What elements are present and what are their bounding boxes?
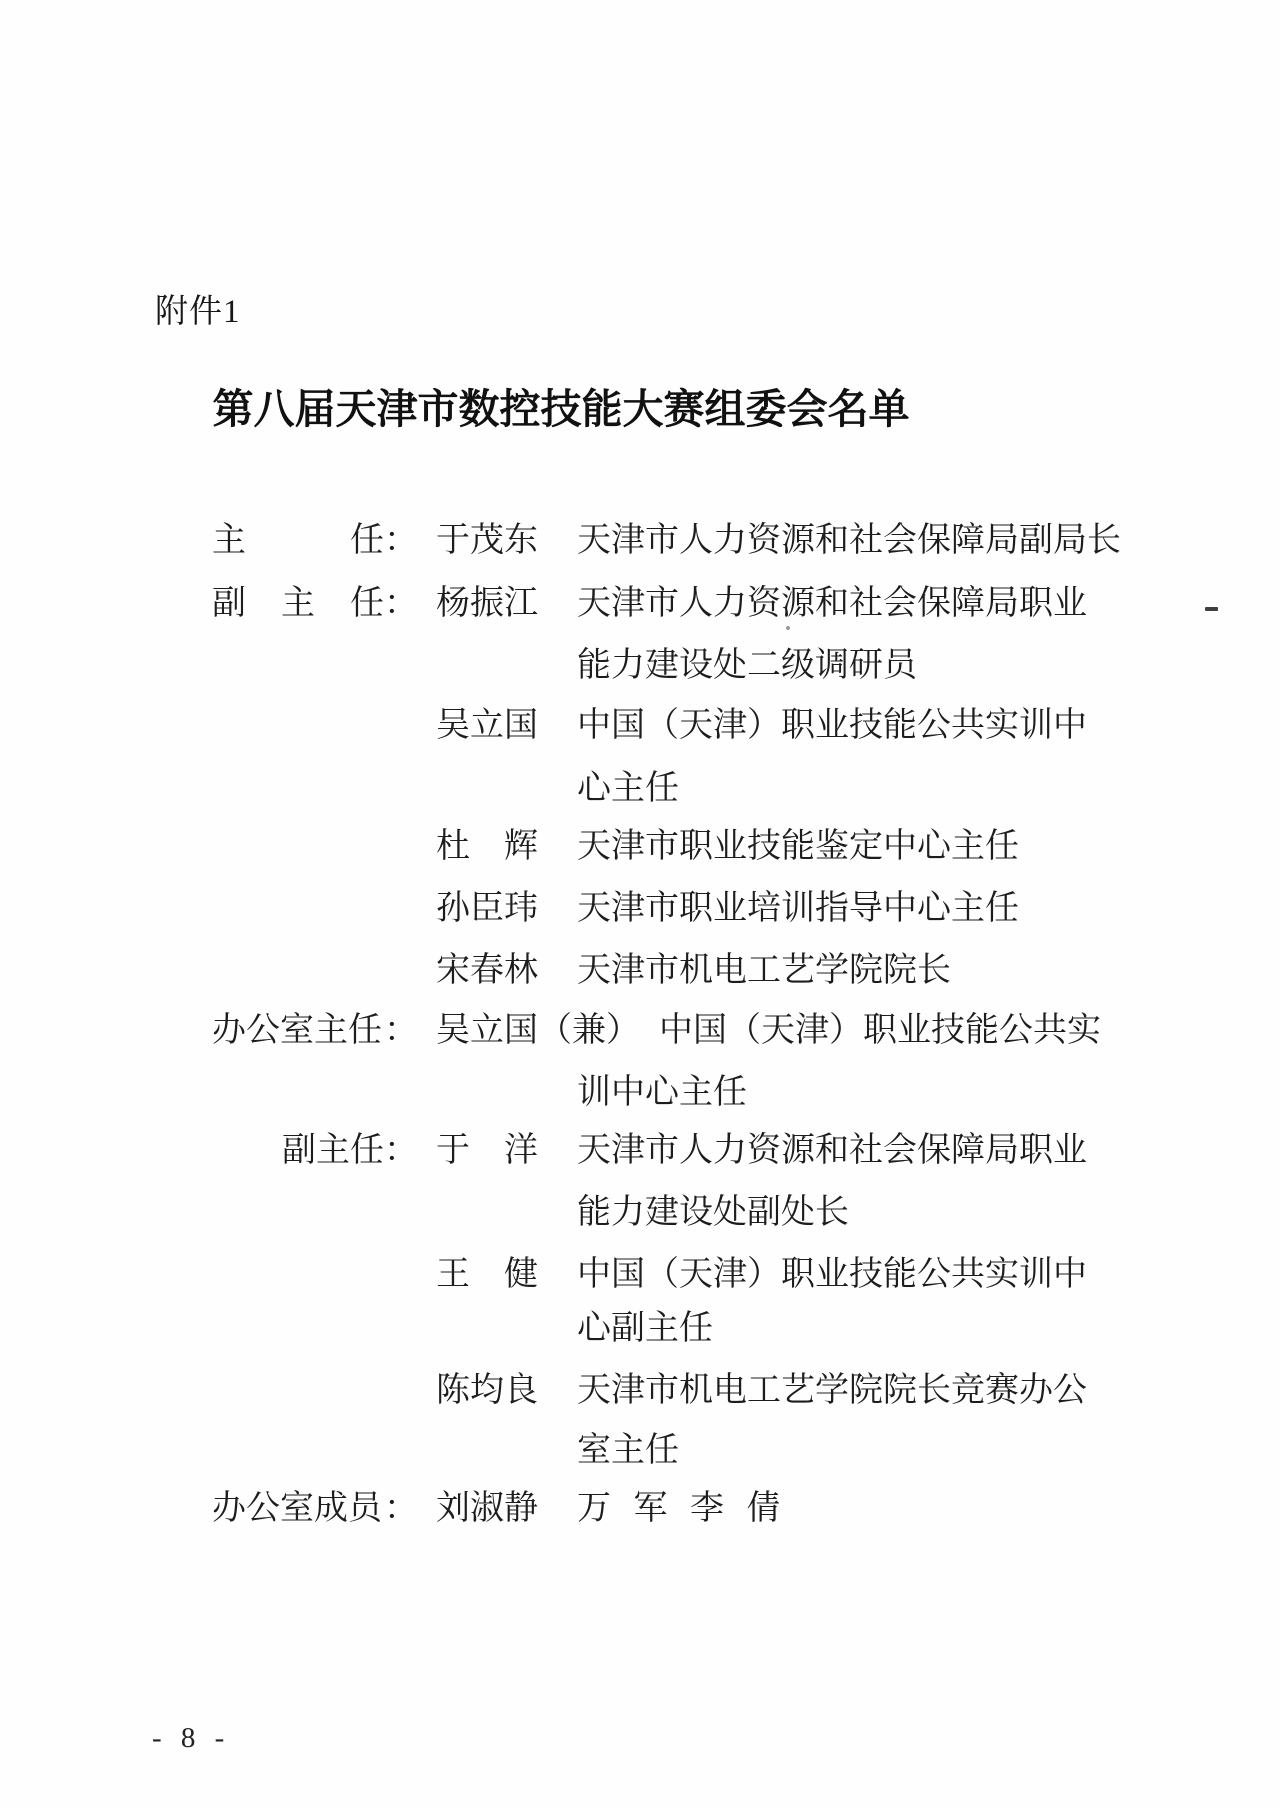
member-name: 王 健 (436, 1254, 538, 1296)
attachment-label: 附件1 (155, 294, 241, 330)
member-title: 中国（天津）职业技能公共实训中 (577, 705, 1087, 747)
row-label: 办公室主任 (212, 1010, 384, 1052)
member-title: 天津市人力资源和社会保障局职业 (577, 583, 1087, 625)
member-title-continuation: 心副主任 (577, 1308, 713, 1350)
member-name: 陈均良 (436, 1370, 538, 1412)
member-name: 吴立国 (436, 705, 538, 747)
roster-row: 杜 辉 天津市职业技能鉴定中心主任 (0, 826, 1280, 870)
member-title: 天津市机电工艺学院院长竞赛办公 (577, 1370, 1087, 1412)
roster-row: 副主任： 于 洋 天津市人力资源和社会保障局职业 (0, 1130, 1280, 1174)
member-title: 中国（天津）职业技能公共实训中 (577, 1254, 1087, 1296)
row-colon: ： (384, 1488, 418, 1530)
roster-row-continuation: 训中心主任 (0, 1072, 1280, 1116)
roster-row: 办公室主任： 吴立国（兼） 中国（天津）职业技能公共实 (0, 1010, 1280, 1054)
document-title: 第八届天津市数控技能大赛组委会名单 (190, 386, 932, 432)
member-title: 中国（天津）职业技能公共实 (659, 1010, 1101, 1052)
roster-row: 办公室成员： 刘淑静 万 军 李 倩 (0, 1488, 1280, 1532)
member-title-continuation: 训中心主任 (577, 1072, 747, 1114)
member-name: 杜 辉 (436, 826, 538, 868)
member-title-continuation: 能力建设处副处长 (577, 1192, 849, 1234)
member-title-continuation: 心主任 (577, 768, 679, 810)
row-colon: ： (384, 1010, 418, 1052)
document-page: 附件1 第八届天津市数控技能大赛组委会名单 主任： 于茂东 天津市人力资源和社会… (0, 0, 1280, 1809)
roster-row-continuation: 能力建设处副处长 (0, 1192, 1280, 1236)
member-title: 天津市机电工艺学院院长 (577, 950, 951, 992)
row-label: 副主任 (212, 583, 384, 625)
roster-row-continuation: 心副主任 (0, 1308, 1280, 1352)
roster-row: 陈均良 天津市机电工艺学院院长竞赛办公 (0, 1370, 1280, 1414)
row-label: 副主任 (212, 1130, 384, 1172)
roster-row: 宋春林 天津市机电工艺学院院长 (0, 950, 1280, 994)
page-number: - 8 - (152, 1722, 230, 1755)
member-title: 天津市职业技能鉴定中心主任 (577, 826, 1019, 868)
member-name: 于茂东 (436, 520, 538, 562)
member-title: 天津市职业培训指导中心主任 (577, 888, 1019, 930)
roster-row: 王 健 中国（天津）职业技能公共实训中 (0, 1254, 1280, 1298)
member-name: 刘淑静 (436, 1488, 538, 1530)
member-names-group: 万 军 李 倩 (577, 1488, 781, 1530)
roster-row-continuation: 室主任 (0, 1430, 1280, 1474)
member-name: 于 洋 (436, 1130, 538, 1172)
roster-row: 主任： 于茂东 天津市人力资源和社会保障局副局长 (0, 520, 1280, 564)
member-name: 杨振江 (436, 583, 538, 625)
member-name: 吴立国（兼） (436, 1010, 640, 1052)
roster-row: 孙臣玮 天津市职业培训指导中心主任 (0, 888, 1280, 932)
row-colon: ： (384, 583, 418, 625)
scan-artifact-dot (786, 626, 790, 630)
member-title: 天津市人力资源和社会保障局副局长 (577, 520, 1121, 562)
member-name: 宋春林 (436, 950, 538, 992)
roster-row-continuation: 心主任 (0, 768, 1280, 812)
member-name: 孙臣玮 (436, 888, 538, 930)
row-label: 办公室成员 (212, 1488, 384, 1530)
member-title: 天津市人力资源和社会保障局职业 (577, 1130, 1087, 1172)
row-colon: ： (384, 520, 418, 562)
row-label: 主任 (212, 520, 384, 562)
member-title-continuation: 室主任 (577, 1430, 679, 1472)
row-colon: ： (384, 1130, 418, 1172)
roster-row: 吴立国 中国（天津）职业技能公共实训中 (0, 705, 1280, 749)
scan-artifact-dash (1205, 607, 1218, 611)
member-title-continuation: 能力建设处二级调研员 (577, 645, 917, 687)
roster-row-continuation: 能力建设处二级调研员 (0, 645, 1280, 689)
roster-row: 副主任： 杨振江 天津市人力资源和社会保障局职业 (0, 583, 1280, 627)
